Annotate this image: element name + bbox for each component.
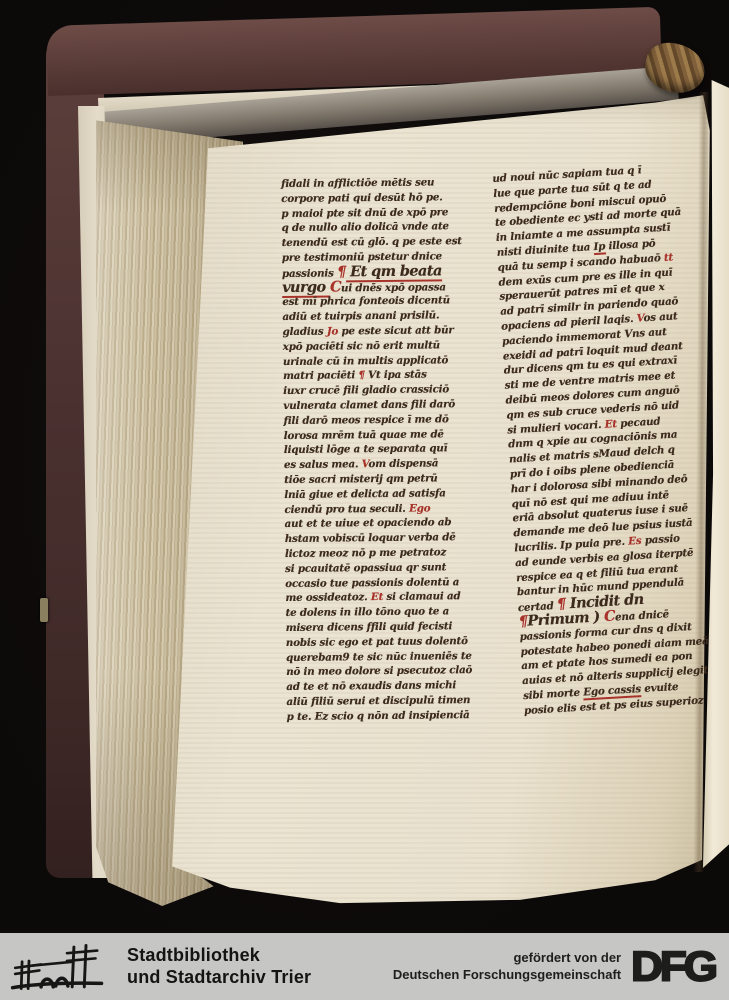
ink-text: xpō paciēti sic nō erit multū bbox=[283, 339, 440, 353]
ink-text: querebam9 te sic nūc inueniēs te bbox=[286, 650, 472, 664]
ink-text: adiū et tuirpis anani prisilū. bbox=[282, 310, 439, 324]
ink-text: ui dnēs xpō opassa bbox=[341, 281, 446, 294]
ink-text: hstam vobiscū loquar verba dē bbox=[285, 531, 456, 545]
rubric-text: Ip bbox=[593, 240, 605, 255]
manuscript-line: tenendū est cū glō. q pe este est bbox=[282, 234, 484, 251]
ink-text: es salus mea. bbox=[284, 458, 362, 471]
ink-text: tiōe sacri misterij qm petrū bbox=[284, 472, 438, 486]
manuscript-line: p te. Ez scio q nōn ad insipienciā bbox=[287, 708, 489, 725]
rubric-text: C bbox=[330, 278, 341, 295]
ink-text: urinale cū in multis applicatō bbox=[283, 354, 448, 368]
ink-text: gladius bbox=[283, 325, 327, 337]
rubric-text: Es bbox=[628, 535, 642, 548]
manuscript-line: nō in meo dolore si psecutoz claō bbox=[286, 663, 488, 680]
library-name: Stadtbibliothek und Stadtarchiv Trier bbox=[127, 945, 311, 988]
ink-text: si clamaui ad bbox=[383, 590, 460, 603]
ink-text: misera dicens ffili quid fecisti bbox=[286, 620, 453, 634]
ink-text: lniā giue et delicta ad satisfa bbox=[284, 487, 445, 501]
rubric-text: Ego bbox=[409, 502, 430, 514]
ink-text: tenendū est cū glō. q pe este est bbox=[282, 235, 462, 249]
ink-text: iuxr crucē fili gladio crassiciō bbox=[283, 383, 449, 397]
manuscript-line: aliū filiū serui et discipulū timen bbox=[286, 693, 488, 710]
ink-text: fili darō meos respice ī me dō bbox=[283, 413, 448, 427]
ink-text: om dispensā bbox=[368, 458, 438, 471]
library-name-line2: und Stadtarchiv Trier bbox=[127, 967, 311, 989]
ink-text: te dolens in illo tōno quo te a bbox=[286, 605, 450, 619]
rubric-text: Jo bbox=[327, 325, 338, 337]
clasp-remnant bbox=[40, 598, 48, 622]
ink-text: occasio tue passionis dolentū a bbox=[285, 576, 459, 590]
ink-text: vulnerata clamet dans fili darō bbox=[283, 398, 455, 412]
ink-text: os aut bbox=[643, 310, 678, 324]
ink-text: fidali in afflictiōe mētis seu bbox=[281, 176, 434, 190]
ink-text: passio bbox=[641, 532, 680, 546]
manuscript-column-left: fidali in afflictiōe mētis seucorpore pa… bbox=[281, 175, 489, 725]
dfg-logo: DFG bbox=[631, 946, 715, 988]
ink-text: est mī phrica fonteois dicentū bbox=[282, 295, 450, 309]
manuscript-column-right: ud noui nūc sapiam tua q īlue que parte … bbox=[492, 160, 729, 719]
funding-line1: gefördert von der bbox=[393, 950, 621, 967]
manuscript-line: me ossideatoz. Et si clamaui ad bbox=[285, 589, 487, 606]
provenance-banner: Stadtbibliothek und Stadtarchiv Trier ge… bbox=[0, 933, 729, 1000]
ink-text: sibi morte bbox=[523, 686, 584, 702]
ink-text: corpore pati qui desūt hō pe. bbox=[281, 191, 442, 205]
ink-text: ad te et nō exaudis dans michi bbox=[286, 679, 456, 693]
ink-text: nobis sic ego et pat tuus dolentō bbox=[286, 635, 468, 649]
ink-text: lictoz meoz nō p me petratoz bbox=[285, 546, 446, 560]
library-name-line1: Stadtbibliothek bbox=[127, 945, 311, 967]
ink-text: pecaud bbox=[616, 415, 660, 430]
ink-text: aut et te uiue et opaciendo ab bbox=[285, 517, 452, 531]
ink-text: matri paciēti bbox=[283, 370, 358, 383]
ink-text: pe este sicut att būr bbox=[338, 324, 454, 337]
photo-backdrop: fidali in afflictiōe mētis seucorpore pa… bbox=[0, 0, 729, 1000]
rubric-text: tt bbox=[664, 251, 674, 264]
ink-text: illosa pō bbox=[605, 237, 656, 252]
ink-text: evuite bbox=[641, 681, 679, 695]
ink-text: lorosa mrēm tuā quae me dē bbox=[284, 428, 444, 442]
ink-text: p maioi pte sit dnū de xpō pre bbox=[281, 206, 448, 220]
funding-credit: gefördert von der Deutschen Forschungsge… bbox=[393, 950, 621, 983]
ink-text: me ossideatoz. bbox=[285, 591, 371, 604]
ink-text: p te. Ez scio q nōn ad insipienciā bbox=[287, 709, 470, 723]
ink-text: si pcauitatē opassiua qr sunt bbox=[285, 561, 446, 575]
rubric-text: Et bbox=[604, 418, 617, 431]
ink-text: q de nullo alio dolicā vnde ate bbox=[281, 221, 448, 235]
rubric-text: Et bbox=[371, 591, 383, 603]
funding-line2: Deutschen Forschungsgemeinschaft bbox=[393, 967, 621, 984]
ink-text: Vt ipa stās bbox=[365, 369, 427, 382]
ink-text: aliū filiū serui et discipulū timen bbox=[286, 694, 470, 708]
manuscript-line: nobis sic ego et pat tuus dolentō bbox=[286, 634, 488, 651]
trier-bridge-sketch-icon bbox=[10, 939, 105, 995]
ink-text: liquisti lōge a te separata quī bbox=[284, 443, 448, 457]
ink-text: ciendū pro tua seculi. bbox=[284, 502, 409, 515]
ink-text: nō in meo dolore si psecutoz claō bbox=[286, 664, 472, 678]
